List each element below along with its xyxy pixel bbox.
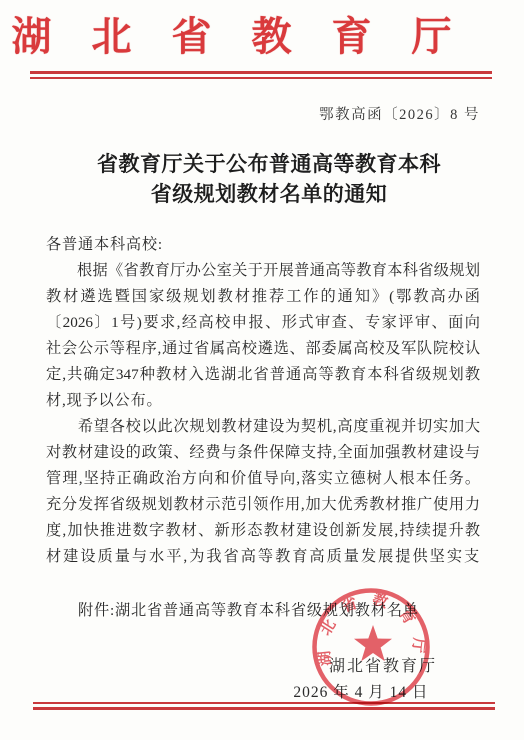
paragraph1-line: 教材遴选暨国家级规划教材推荐工作的通知》(鄂教高办函 xyxy=(46,284,480,310)
paragraph2-line: 对教材建设的政策、经费与条件保障支持,全面加强教材建设与 xyxy=(46,440,480,466)
paragraph2-line: 希望各校以此次规划教材建设为契机,高度重视并切实加大 xyxy=(46,414,480,440)
footer-rule-thick xyxy=(33,707,495,710)
paragraph1-line: 材,现予以公布。 xyxy=(46,388,480,414)
paragraph1-line: 社会公示等程序,通过省属高校遴选、部委属高校及军队院校认 xyxy=(46,336,480,362)
paragraph1-line: 〔2026〕1号)要求,经高校申报、形式审查、专家评审、面向 xyxy=(46,310,480,336)
letterhead-rule-thin xyxy=(30,77,492,79)
official-document-page: 湖 北 省 教 育 厅 鄂教高函〔2026〕8 号 省教育厅关于公布普通高等教育… xyxy=(0,0,524,740)
document-title-line2: 省级规划教材名单的通知 xyxy=(7,179,524,209)
document-number: 鄂教高函〔2026〕8 号 xyxy=(319,103,480,124)
attachment-line: 附件:湖北省普通高等教育本科省级规划教材名单 xyxy=(46,598,480,624)
letterhead-rule-thick xyxy=(30,71,492,74)
paragraph2-line: 充分发挥省级规划教材示范引领作用,加大优秀教材推广使用力 xyxy=(46,492,480,518)
paragraph2-line: 材建设质量与水平,为我省高等教育高质量发展提供坚实支撑。 xyxy=(46,544,480,570)
paragraph1-line: 根据《省教育厅办公室关于开展普通高等教育本科省级规划 xyxy=(46,258,480,284)
footer-rule-thin xyxy=(33,702,495,704)
document-body: 各普通本科高校: 根据《省教育厅办公室关于开展普通高等教育本科省级规划 教材遴选… xyxy=(46,232,480,570)
document-title-line1: 省教育厅关于公布普通高等教育本科 xyxy=(7,149,524,179)
paragraph2-line: 度,加快推进数字教材、新形态教材建设创新发展,持续提升教 xyxy=(46,518,480,544)
signature-date: 2026 年 4 月 14 日 xyxy=(286,680,436,702)
paragraph2-line: 管理,坚持正确政治方向和价值导向,落实立德树人根本任务。 xyxy=(46,466,480,492)
signature-agency: 湖北省教育厅 xyxy=(310,653,456,676)
letterhead-agency-name: 湖 北 省 教 育 厅 xyxy=(0,14,501,60)
salutation-line: 各普通本科高校: xyxy=(46,232,480,258)
document-title: 省教育厅关于公布普通高等教育本科 省级规划教材名单的通知 xyxy=(7,149,524,209)
paragraph1-line: 定,共确定347种教材入选湖北省普通高等教育本科省级规划教 xyxy=(46,362,480,388)
